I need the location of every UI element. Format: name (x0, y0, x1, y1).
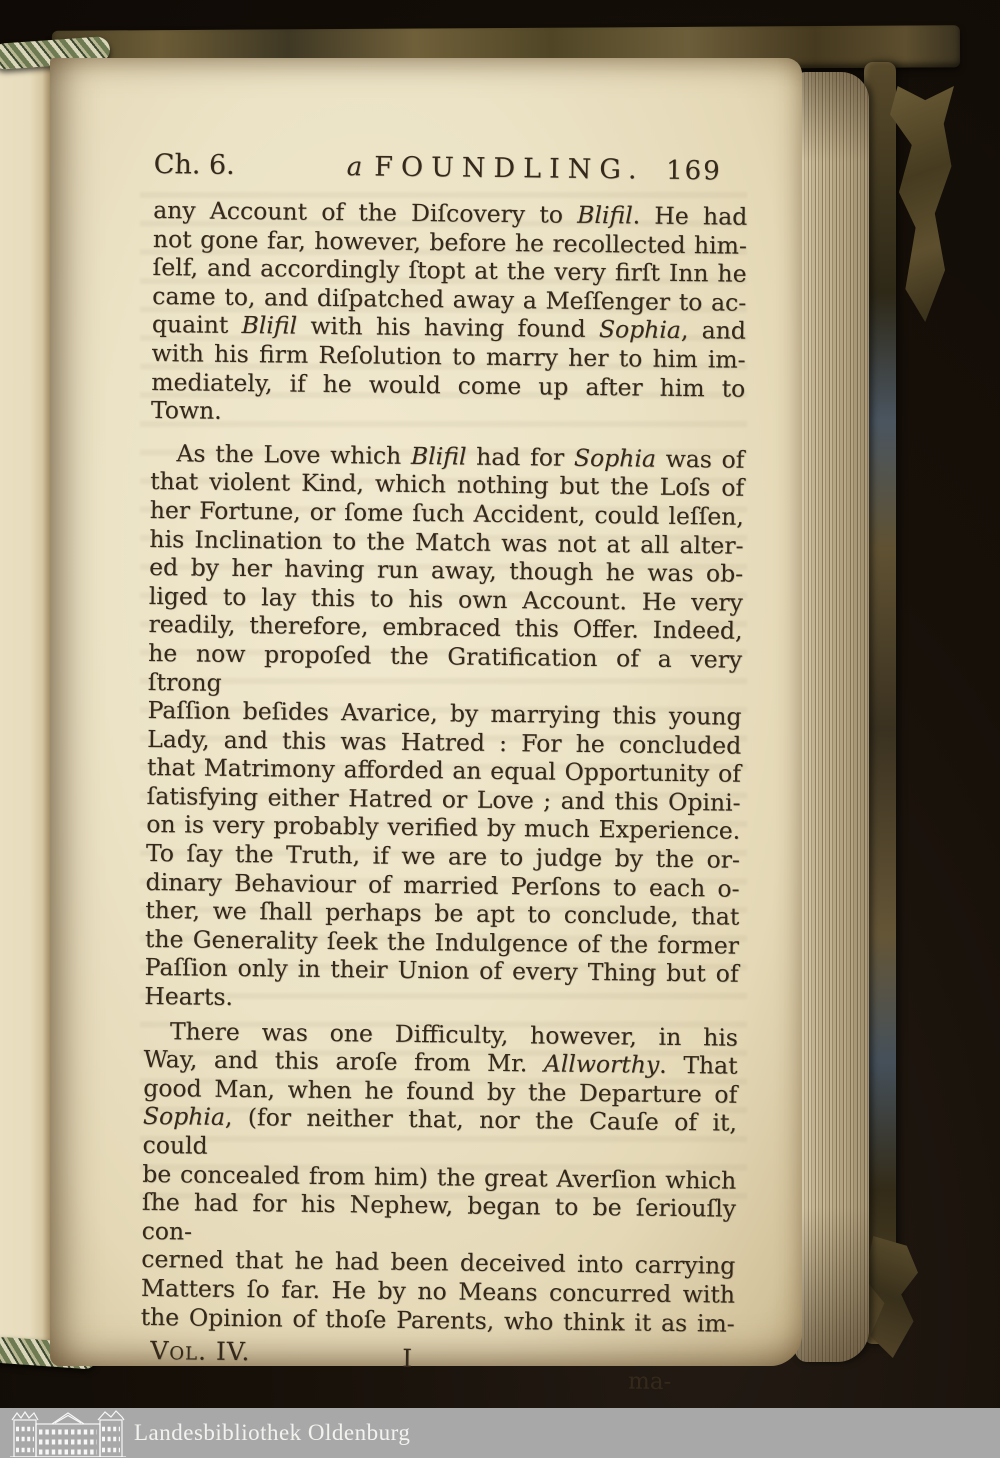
chapter-label: Ch. 6. (154, 144, 235, 187)
page-text-block: Ch. 6. a FOUNDLING. 169 any Account of t… (140, 144, 748, 1408)
page-number: 169 (666, 150, 722, 193)
running-title: FOUNDLING. (374, 147, 645, 192)
book-page: Ch. 6. a FOUNDLING. 169 any Account of t… (50, 58, 802, 1366)
library-footer-bar: Landesbibliothek Oldenburg (0, 1408, 1000, 1458)
book-scan: Ch. 6. a FOUNDLING. 169 any Account of t… (0, 0, 1000, 1458)
library-name: Landesbibliothek Oldenburg (134, 1420, 410, 1446)
paragraph-1: any Account of the Diſcovery to Blifil. … (151, 196, 748, 431)
text-line: Sophia, (for neither that, nor the Cauſe… (142, 1102, 737, 1166)
body-text: any Account of the Diſcovery to Blifil. … (141, 196, 748, 1338)
running-title-article: a (346, 146, 362, 188)
catchword: ma- (628, 1368, 672, 1397)
paragraph-3: There was one Difficulty, however, in hi… (141, 1017, 739, 1338)
volume-label: Vol. IV. (150, 1337, 250, 1367)
signature-line: Vol. IV. I ma- (140, 1335, 735, 1408)
fore-edge-pages (795, 72, 869, 1362)
library-building-icon (8, 1410, 128, 1457)
text-line: the Opinion of thoſe Parents, who think … (141, 1302, 735, 1337)
signature-mark: I (402, 1345, 412, 1374)
torn-leather-flap-top (890, 86, 954, 322)
text-line: he now propoſed the Gratification of a v… (148, 639, 743, 703)
page-header: Ch. 6. a FOUNDLING. 169 (154, 144, 748, 193)
left-page-sliver (0, 60, 54, 1360)
text-line: ſhe had for his Nephew, began to be ſeri… (142, 1188, 737, 1252)
paragraph-2: As the Love which Blifil had for Sophia … (144, 439, 744, 1018)
